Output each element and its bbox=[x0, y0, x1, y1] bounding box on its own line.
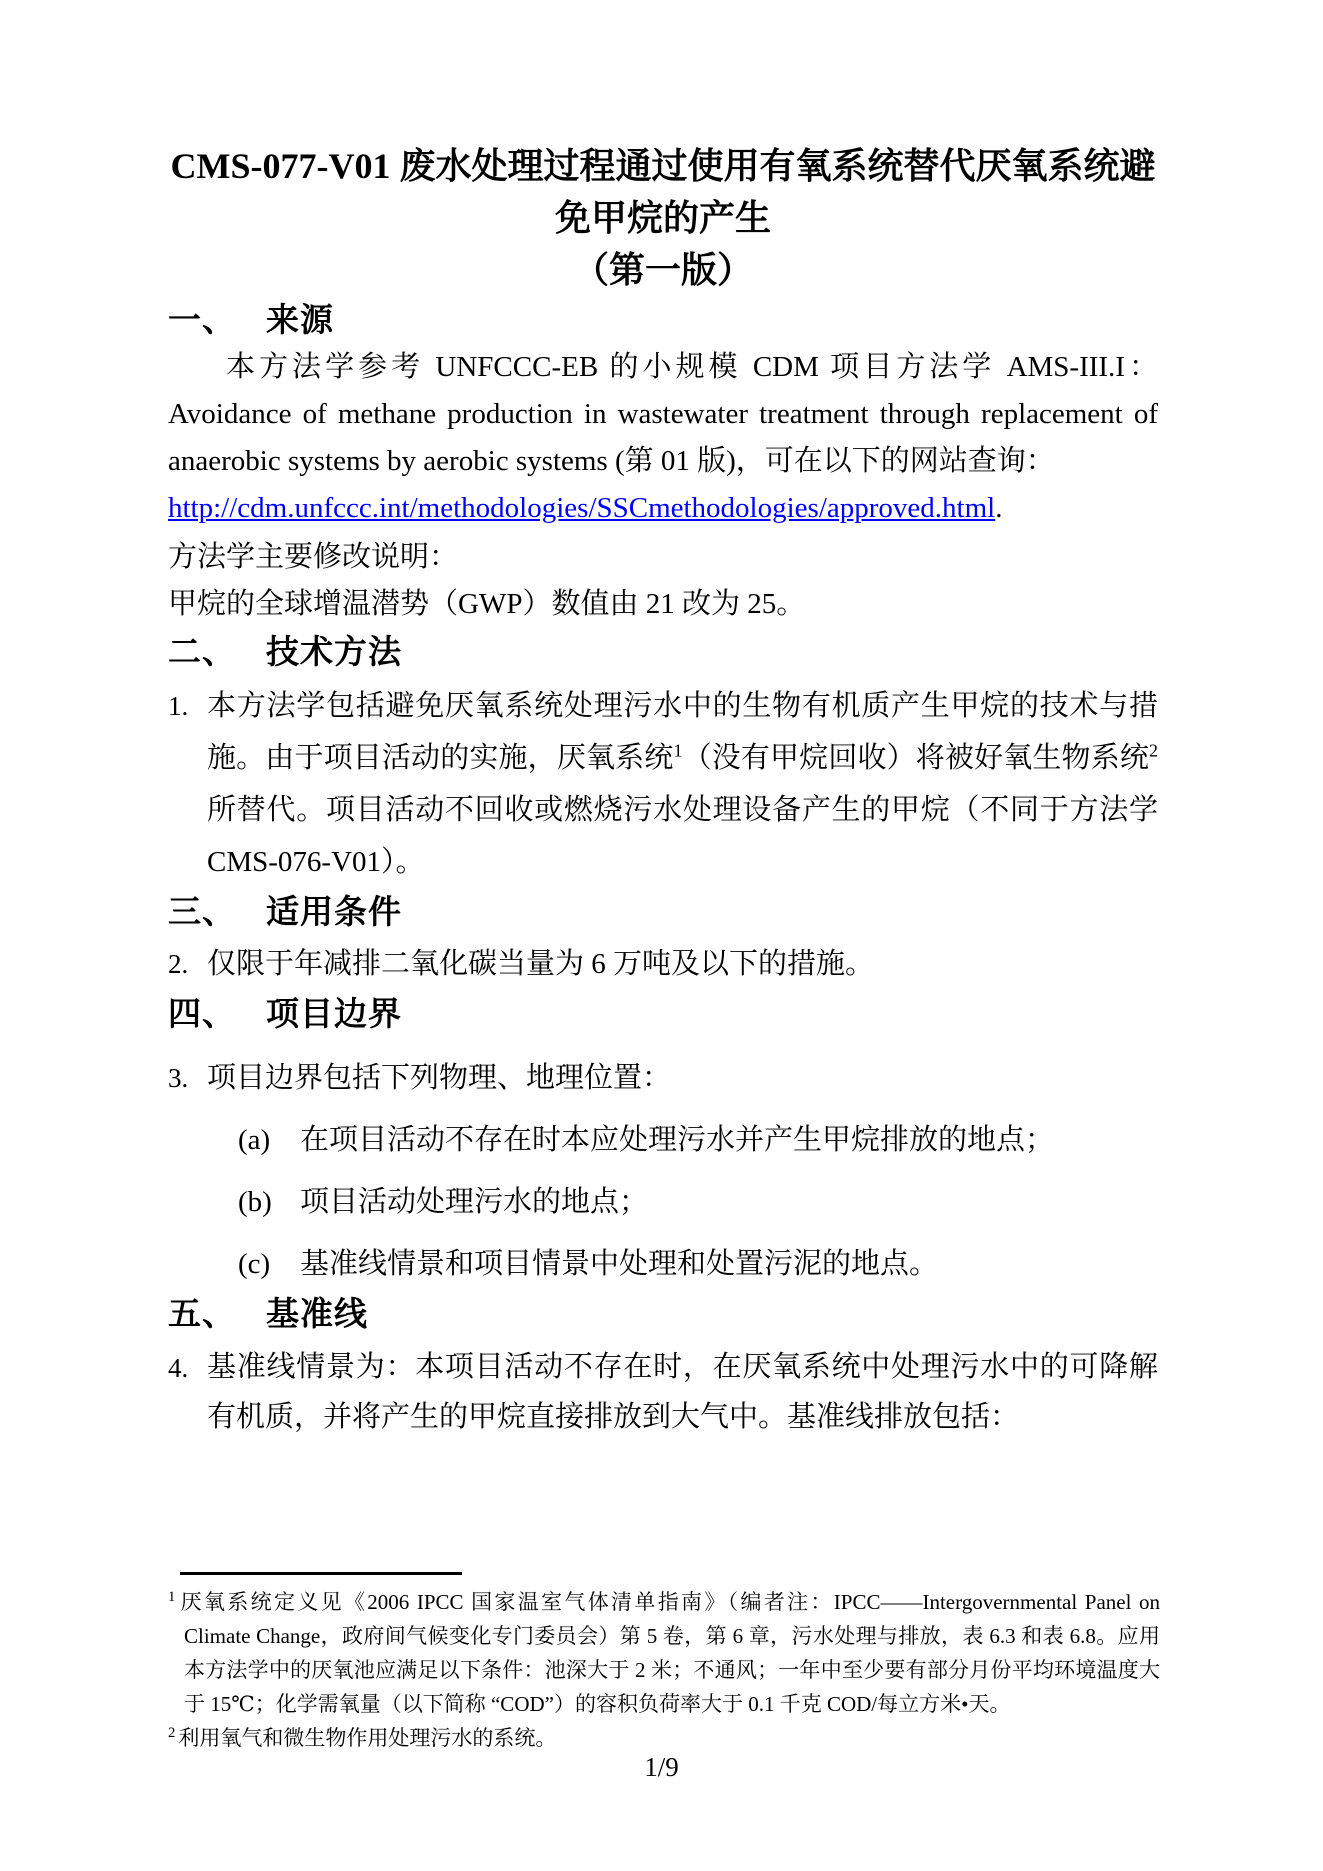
sub-item-marker: (b) bbox=[238, 1176, 300, 1228]
source-intro-paragraph: 本方法学参考 UNFCCC-EB 的小规模 CDM 项目方法学 AMS-III.… bbox=[168, 344, 1158, 485]
section-heading-source: 一、来源 bbox=[168, 296, 1158, 344]
list-item-number: 4. bbox=[168, 1342, 207, 1394]
footnote-area: 1厌氧系统定义见《2006 IPCC 国家温室气体清单指南》（编者注：IPCC—… bbox=[168, 1572, 1160, 1755]
sub-item-b: (b) 项目活动处理污水的地点； bbox=[168, 1176, 1158, 1228]
section-number: 五、 bbox=[168, 1295, 236, 1332]
document-content: CMS-077-V01 废水处理过程通过使用有氧系统替代厌氧系统避免甲烷的产生 … bbox=[0, 0, 1323, 1442]
sub-item-text: 项目活动处理污水的地点； bbox=[300, 1176, 1158, 1228]
section-number: 三、 bbox=[168, 893, 236, 930]
sub-item-marker: (a) bbox=[238, 1114, 300, 1166]
section-title: 来源 bbox=[266, 301, 334, 338]
sub-item-text: 在项目活动不存在时本应处理污水并产生甲烷排放的地点； bbox=[300, 1114, 1158, 1166]
page-title: CMS-077-V01 废水处理过程通过使用有氧系统替代厌氧系统避免甲烷的产生 bbox=[168, 140, 1158, 244]
sub-item-a: (a) 在项目活动不存在时本应处理污水并产生甲烷排放的地点； bbox=[168, 1114, 1158, 1166]
footnote-separator bbox=[180, 1572, 462, 1575]
sub-item-c: (c) 基准线情景和项目情景中处理和处置污泥的地点。 bbox=[168, 1238, 1158, 1290]
footnote-1: 1厌氧系统定义见《2006 IPCC 国家温室气体清单指南》（编者注：IPCC—… bbox=[168, 1585, 1160, 1721]
list-item-text: 仅限于年减排二氧化碳当量为 6 万吨及以下的措施。 bbox=[207, 938, 1158, 990]
section-heading-baseline: 五、基准线 bbox=[168, 1290, 1158, 1338]
footnote-2-marker: 2 bbox=[168, 1725, 175, 1741]
methodology-link[interactable]: http://cdm.unfccc.int/methodologies/SSCm… bbox=[168, 492, 995, 524]
sub-item-text: 基准线情景和项目情景中处理和处置污泥的地点。 bbox=[300, 1238, 1158, 1290]
document-page: CMS-077-V01 废水处理过程通过使用有氧系统替代厌氧系统避免甲烷的产生 … bbox=[0, 0, 1323, 1871]
section-title: 适用条件 bbox=[266, 893, 402, 930]
section-title: 项目边界 bbox=[266, 995, 402, 1032]
mod-note-label: 方法学主要修改说明： bbox=[168, 534, 1158, 581]
list-item-number: 3. bbox=[168, 1052, 207, 1104]
section-heading-technical-method: 二、技术方法 bbox=[168, 628, 1158, 676]
item1-text-part3: 所替代。项目活动不回收或燃烧污水处理设备产生的甲烷（不同于方法学 CMS-076… bbox=[207, 794, 1158, 878]
page-number: 1/9 bbox=[0, 1752, 1323, 1783]
list-item-2: 2. 仅限于年减排二氧化碳当量为 6 万吨及以下的措施。 bbox=[168, 938, 1158, 990]
item1-text-part2: （没有甲烷回收）将被好氧生物系统 bbox=[682, 742, 1149, 774]
section-heading-applicability: 三、适用条件 bbox=[168, 888, 1158, 936]
list-item-number: 1. bbox=[168, 680, 207, 732]
mod-note-text: 甲烷的全球增温潜势（GWP）数值由 21 改为 25。 bbox=[168, 581, 1158, 628]
list-item-text: 本方法学包括避免厌氧系统处理污水中的生物有机质产生甲烷的技术与措施。由于项目活动… bbox=[207, 680, 1158, 888]
section-number: 四、 bbox=[168, 995, 236, 1032]
list-item-4: 4. 基准线情景为：本项目活动不存在时，在厌氧系统中处理污水中的可降解有机质，并… bbox=[168, 1342, 1158, 1442]
list-item-text: 基准线情景为：本项目活动不存在时，在厌氧系统中处理污水中的可降解有机质，并将产生… bbox=[207, 1342, 1158, 1442]
list-item-number: 2. bbox=[168, 938, 207, 990]
footnote-1-marker: 1 bbox=[168, 1589, 175, 1605]
footnote-ref-2: 2 bbox=[1149, 740, 1158, 760]
section-title: 基准线 bbox=[266, 1295, 368, 1332]
list-item-3: 3. 项目边界包括下列物理、地理位置： bbox=[168, 1052, 1158, 1104]
section-heading-project-boundary: 四、项目边界 bbox=[168, 990, 1158, 1038]
section-number: 二、 bbox=[168, 633, 236, 670]
footnote-2: 2利用氧气和微生物作用处理污水的系统。 bbox=[168, 1721, 1160, 1755]
sub-item-marker: (c) bbox=[238, 1238, 300, 1290]
list-item-1: 1. 本方法学包括避免厌氧系统处理污水中的生物有机质产生甲烷的技术与措施。由于项… bbox=[168, 680, 1158, 888]
list-item-text: 项目边界包括下列物理、地理位置： bbox=[207, 1052, 1158, 1104]
link-period: . bbox=[995, 492, 1002, 524]
footnote-1-text: 厌氧系统定义见《2006 IPCC 国家温室气体清单指南》（编者注：IPCC——… bbox=[178, 1590, 1160, 1716]
footnote-2-text: 利用氧气和微生物作用处理污水的系统。 bbox=[178, 1726, 556, 1750]
link-line: http://cdm.unfccc.int/methodologies/SSCm… bbox=[168, 485, 1158, 532]
section-title: 技术方法 bbox=[266, 633, 402, 670]
edition-subtitle: （第一版） bbox=[168, 244, 1158, 296]
section-number: 一、 bbox=[168, 301, 236, 338]
